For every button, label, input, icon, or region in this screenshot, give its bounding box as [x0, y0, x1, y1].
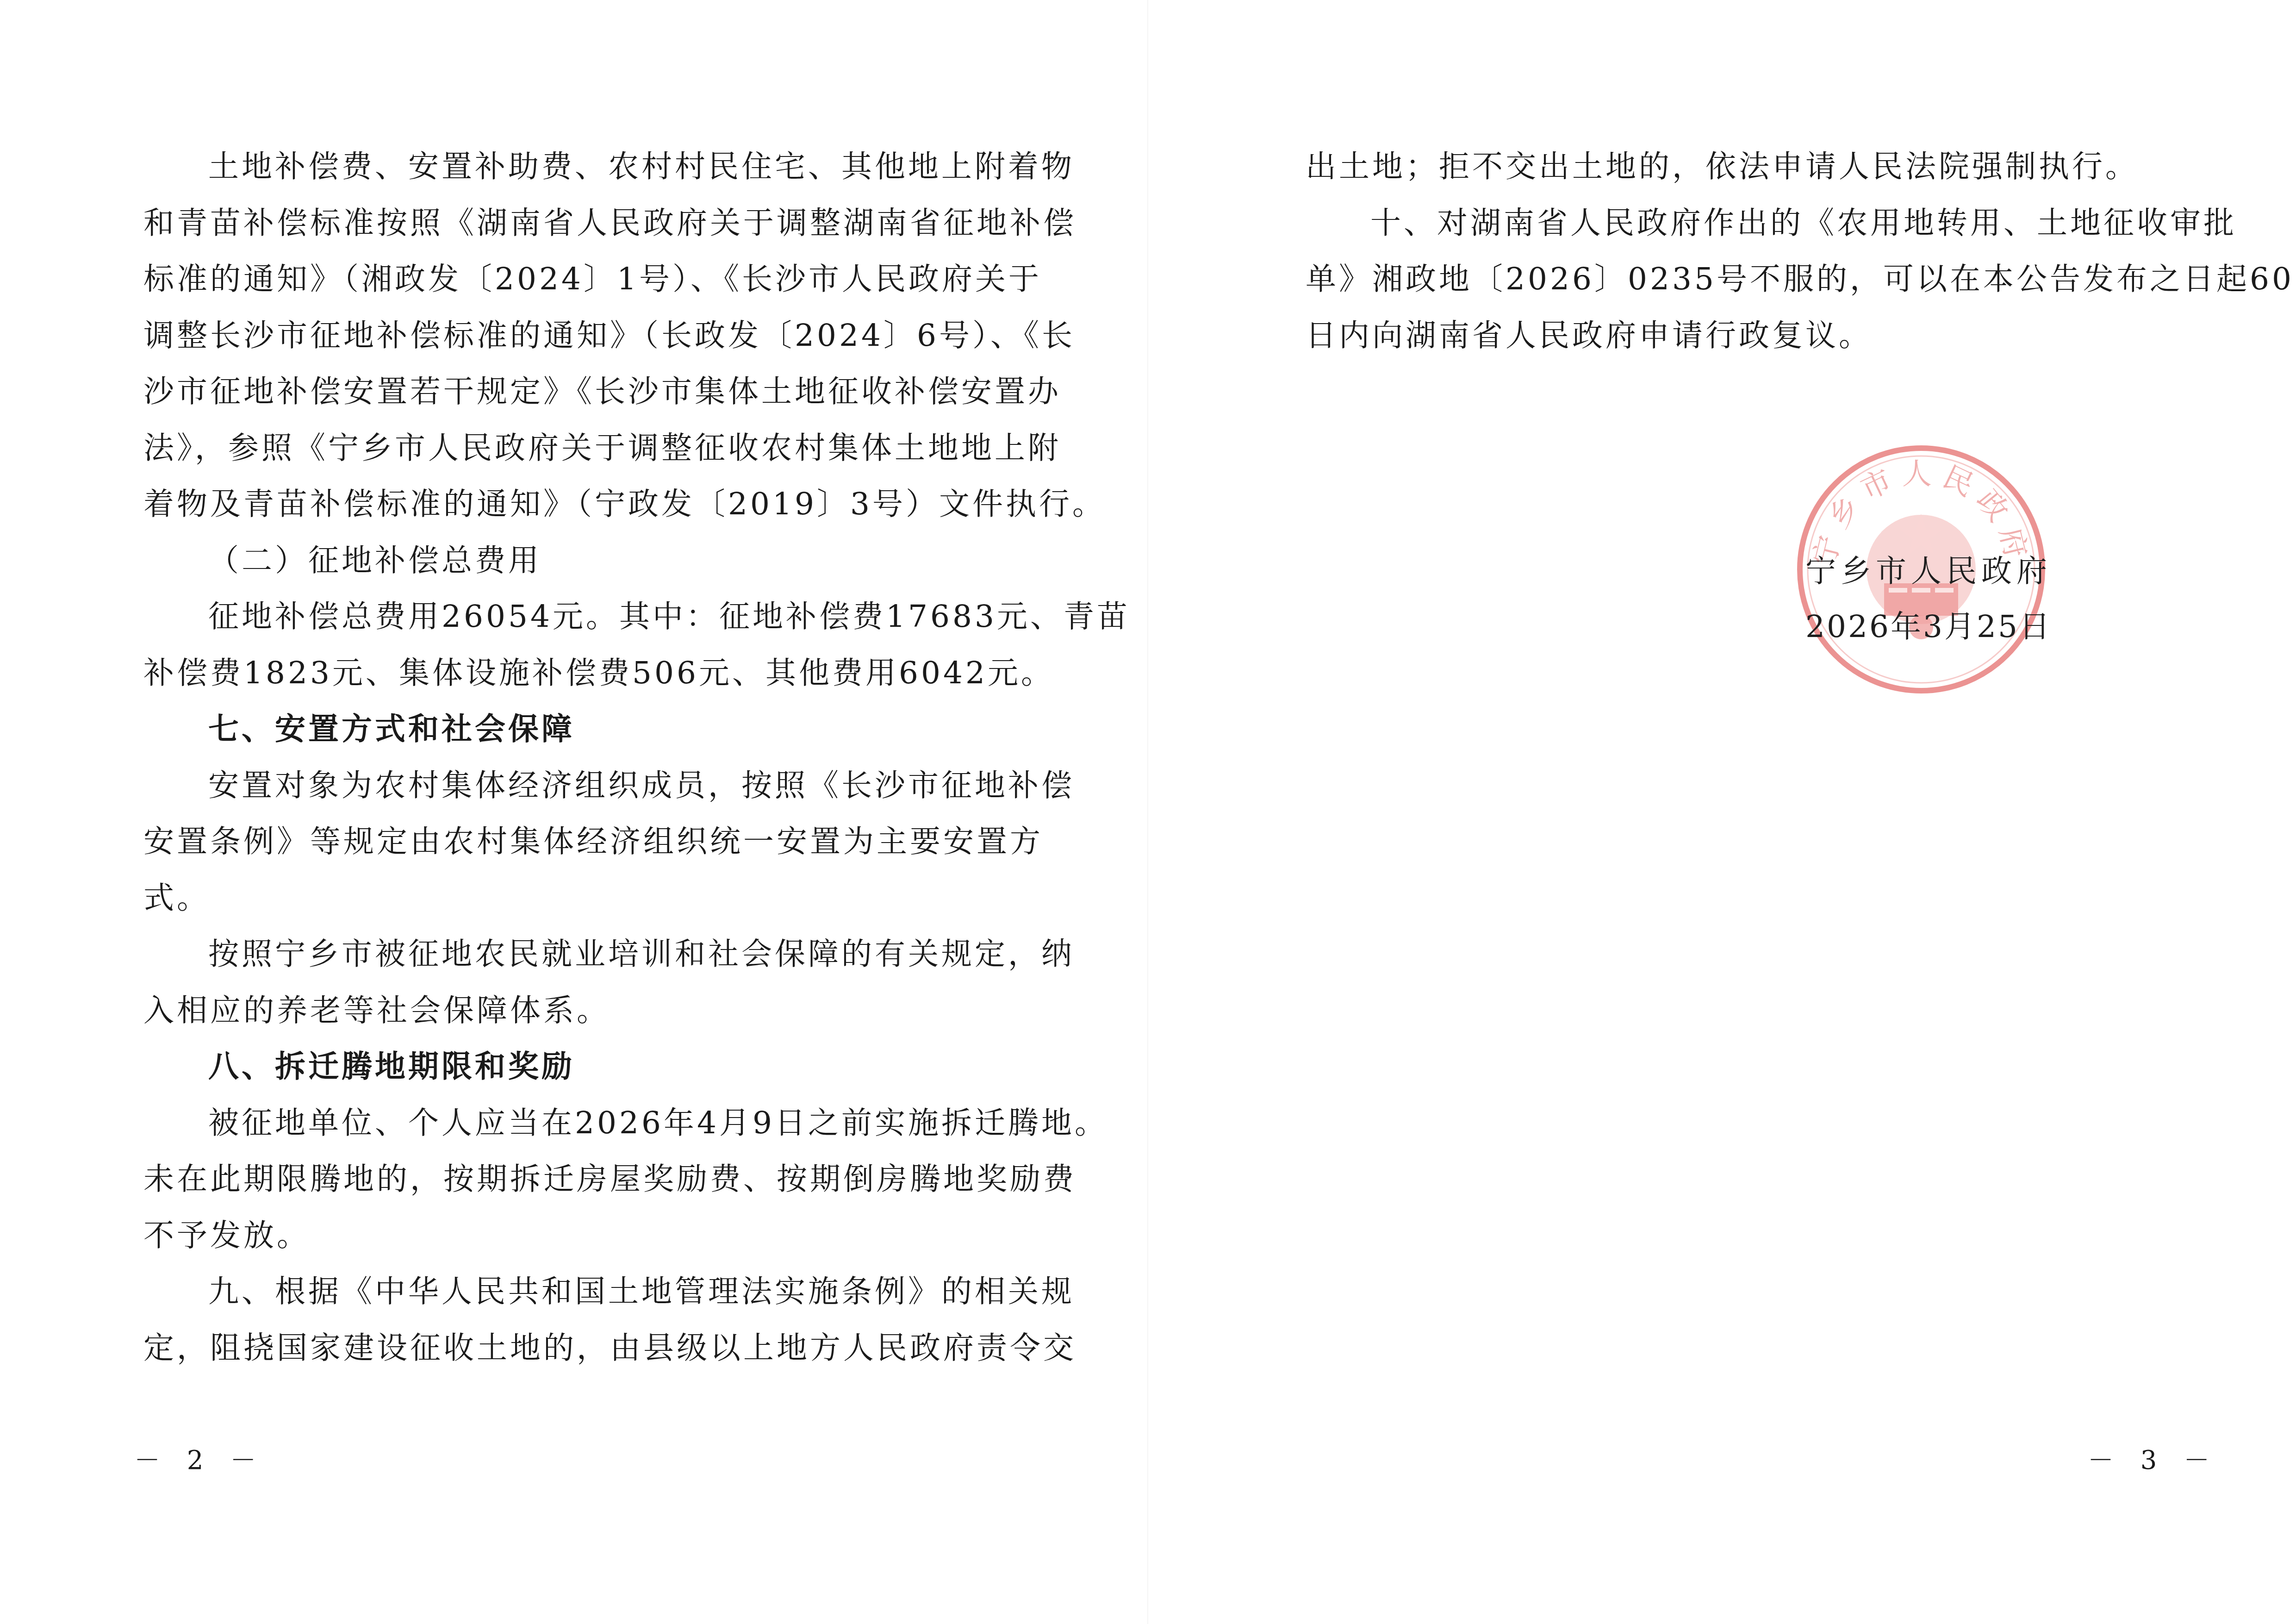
text-line: 未在此期限腾地的，按期拆迁房屋奖励费、按期倒房腾地奖励费	[143, 1151, 1014, 1207]
text-line: 式。	[143, 870, 210, 926]
text-line: 安置条例》等规定由农村集体经济组织统一安置为主要安置方	[143, 814, 1014, 869]
text-line: 补偿费1823元、集体设施补偿费506元、其他费用6042元。	[143, 645, 1054, 701]
page-number-3: － 3 －	[2088, 1440, 2219, 1477]
text-line: （二）征地补偿总费用	[143, 533, 541, 588]
text-line: 日内向湖南省人民政府申请行政复议。	[1306, 308, 1872, 363]
text-line: 安置对象为农村集体经济组织成员，按照《长沙市征地补偿	[143, 758, 1014, 813]
text-line: 出土地；拒不交出土地的，依法申请人民法院强制执行。	[1306, 139, 2139, 194]
text-line: 和青苗补偿标准按照《湖南省人民政府关于调整湖南省征地补偿	[143, 195, 1014, 251]
signing-organization: 宁乡市人民政府	[1805, 546, 2046, 590]
text-line: 十、对湖南省人民政府作出的《农用地转用、土地征收审批	[1306, 195, 2176, 251]
text-line: 按照宁乡市被征地农民就业培训和社会保障的有关规定，纳	[143, 926, 1014, 982]
text-line: 土地补偿费、安置补助费、农村村民住宅、其他地上附着物	[143, 139, 1014, 194]
text-line: 九、根据《中华人民共和国土地管理法实施条例》的相关规	[143, 1264, 1014, 1319]
page-2: 土地补偿费、安置补助费、农村村民住宅、其他地上附着物和青苗补偿标准按照《湖南省人…	[0, 0, 1148, 1624]
text-line: 不予发放。	[143, 1208, 310, 1263]
page-number-2: － 2 －	[134, 1440, 265, 1477]
text-line: 被征地单位、个人应当在2026年4月9日之前实施拆迁腾地。	[143, 1095, 1014, 1151]
section-heading: 八、拆迁腾地期限和奖励	[143, 1039, 575, 1094]
section-heading: 七、安置方式和社会保障	[143, 701, 575, 757]
text-line: 调整长沙市征地补偿标准的通知》（长政发〔2024〕6号）、《长	[143, 308, 1014, 363]
text-line: 着物及青苗补偿标准的通知》（宁政发〔2019〕3号）文件执行。	[143, 476, 1014, 532]
text-line: 沙市征地补偿安置若干规定》《长沙市集体土地征收补偿安置办	[143, 364, 1014, 419]
text-line: 定，阻挠国家建设征收土地的，由县级以上地方人民政府责令交	[143, 1320, 1014, 1376]
page-3: 出土地；拒不交出土地的，依法申请人民法院强制执行。十、对湖南省人民政府作出的《农…	[1148, 0, 2296, 1624]
text-line: 单》湘政地〔2026〕0235号不服的，可以在本公告发布之日起60	[1306, 251, 2176, 307]
text-line: 入相应的养老等社会保障体系。	[143, 983, 610, 1038]
text-line: 征地补偿总费用26054元。其中：征地补偿费17683元、青苗	[143, 589, 1014, 644]
signing-date: 2026年3月25日	[1805, 602, 2046, 646]
text-line: 标准的通知》（湘政发〔2024〕1号）、《长沙市人民政府关于	[143, 251, 1014, 307]
text-line: 法》，参照《宁乡市人民政府关于调整征收农村集体土地地上附	[143, 420, 1014, 476]
